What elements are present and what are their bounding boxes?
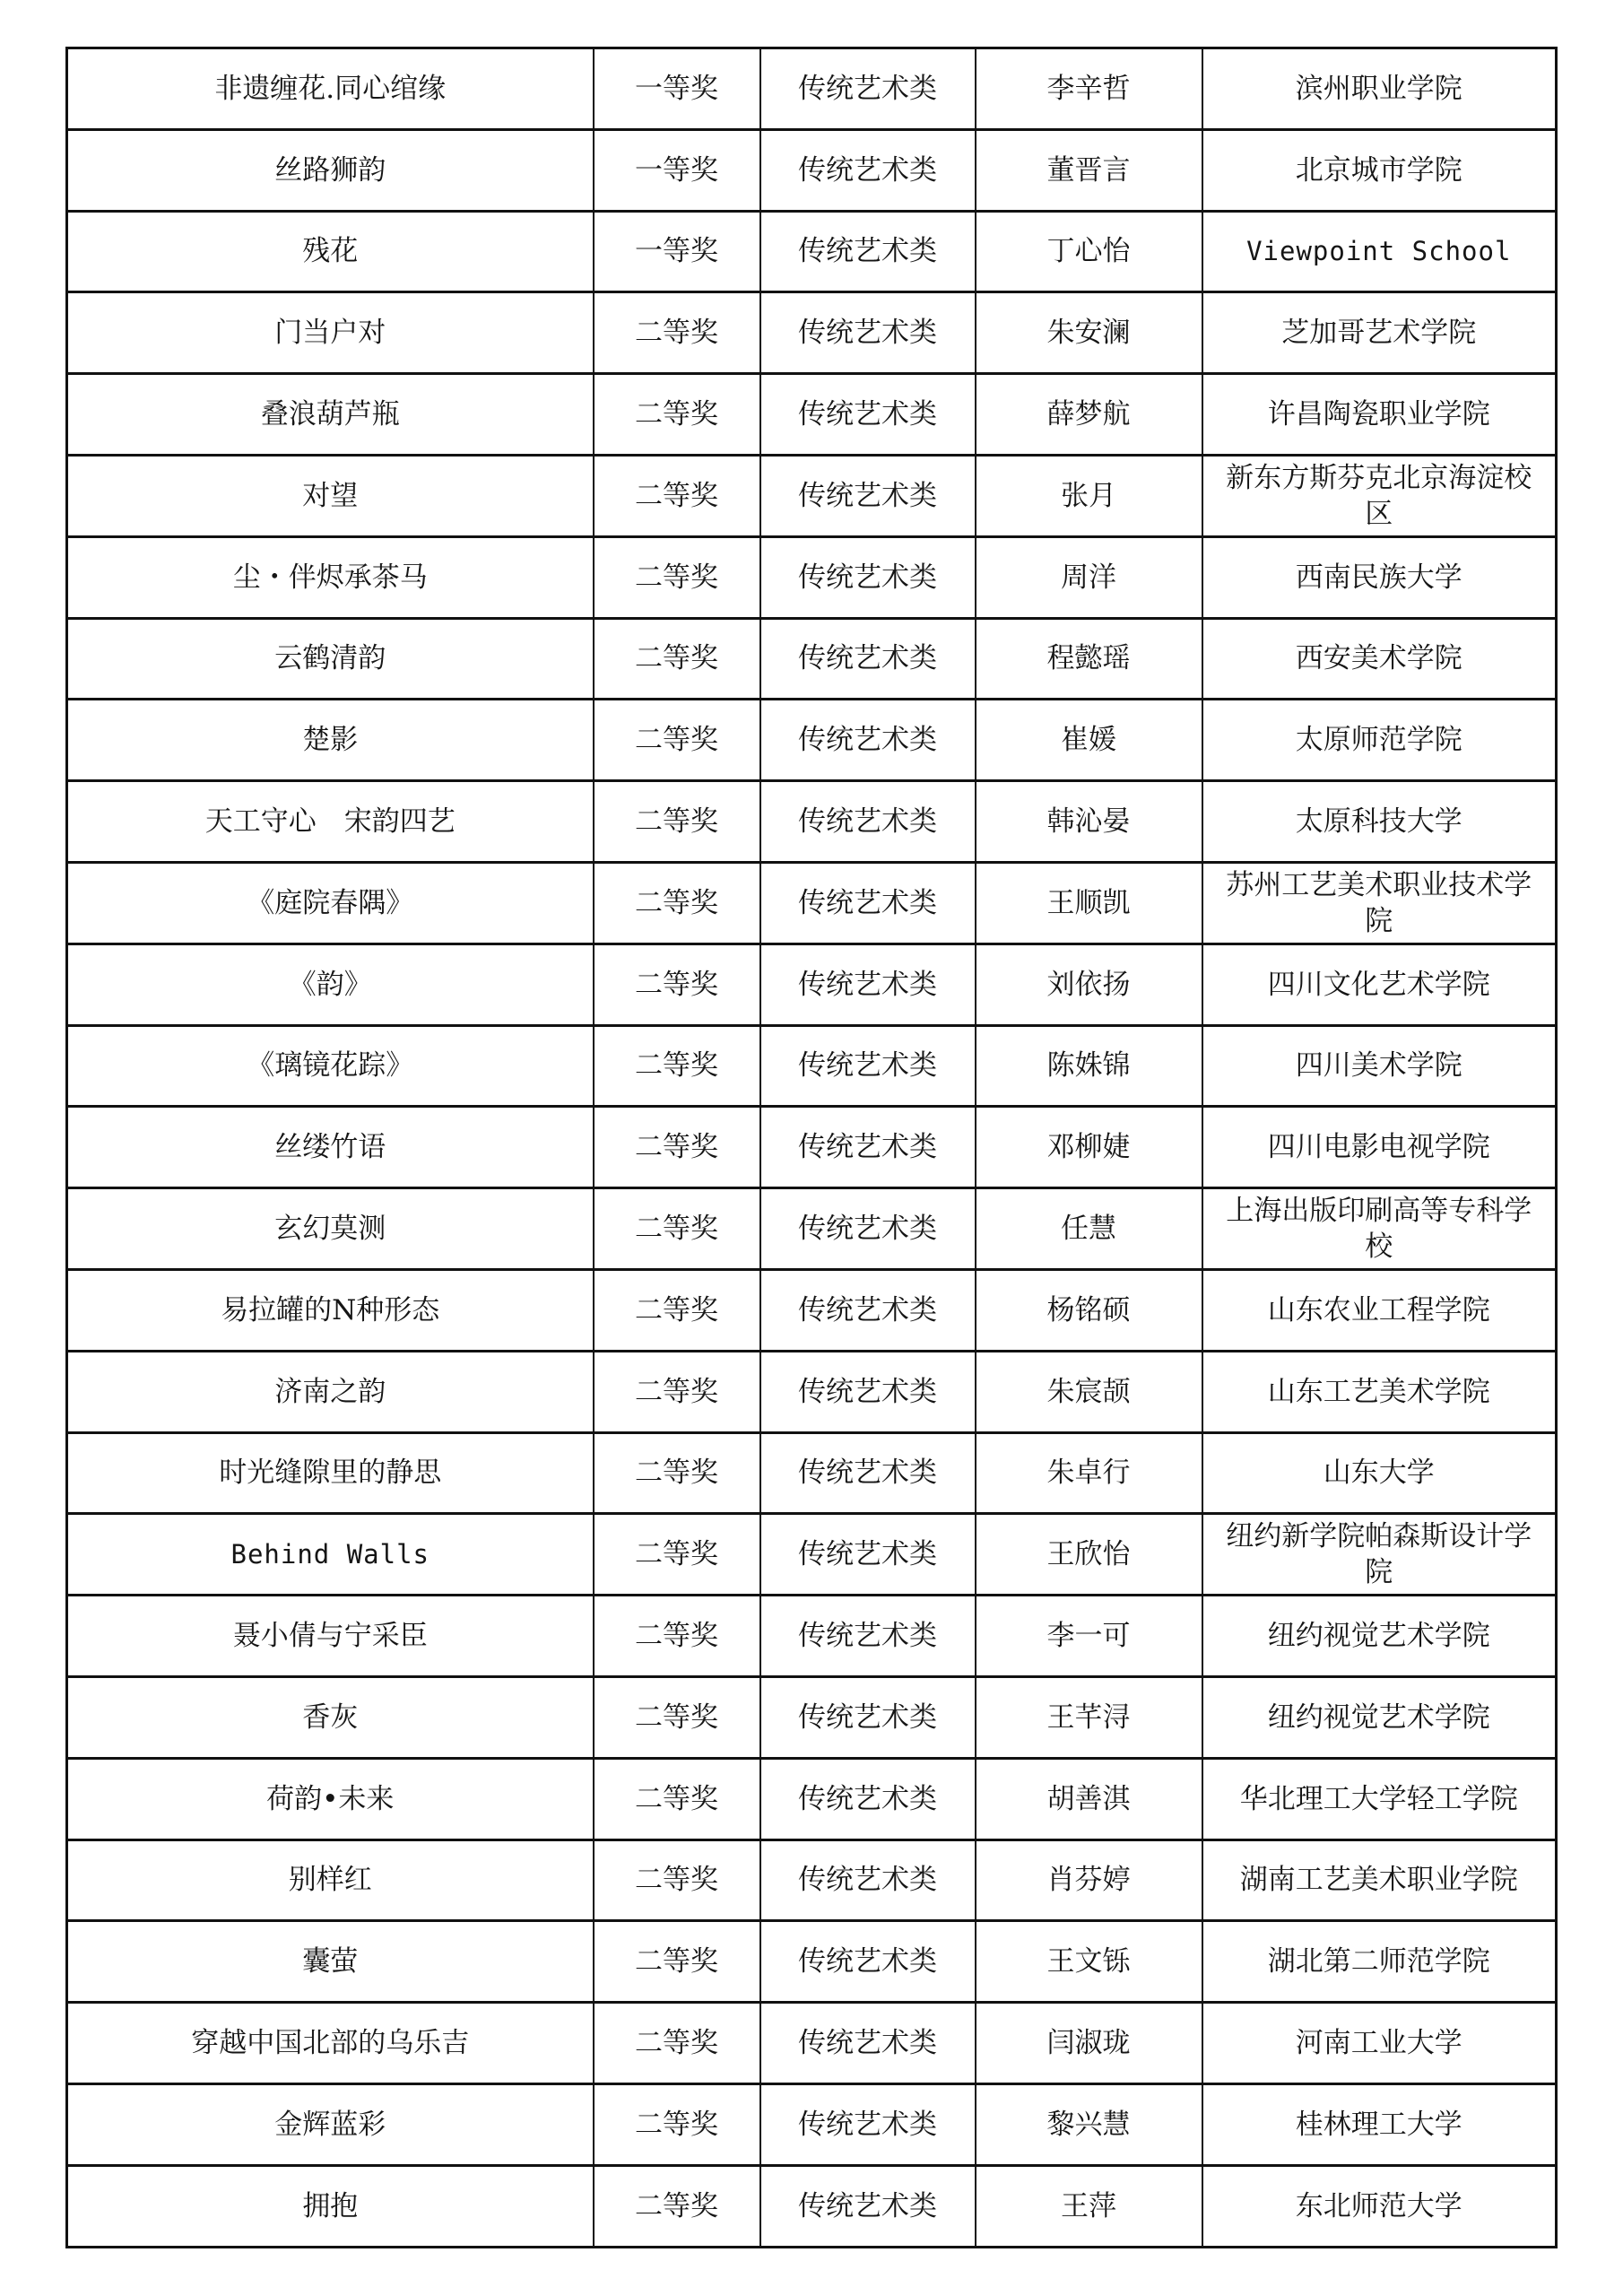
school-cell: 苏州工艺美术职业技术学院: [1202, 862, 1557, 944]
category-cell: 传统艺术类: [760, 1596, 976, 1677]
author-name-cell: 李一可: [976, 1596, 1202, 1677]
author-name-cell: 王欣怡: [976, 1514, 1202, 1596]
work-title-cell: 时光缝隙里的静思: [67, 1432, 594, 1514]
award-level-cell: 二等奖: [594, 1351, 760, 1432]
award-level-cell: 二等奖: [594, 944, 760, 1025]
award-level-cell: 二等奖: [594, 292, 760, 374]
table-row: 尘・伴烬承茶马二等奖传统艺术类周洋西南民族大学: [67, 536, 1557, 618]
category-cell: 传统艺术类: [760, 2165, 976, 2247]
award-level-cell: 二等奖: [594, 1107, 760, 1188]
table-row: 云鹤清韵二等奖传统艺术类程懿瑶西安美术学院: [67, 618, 1557, 700]
author-name-cell: 周洋: [976, 536, 1202, 618]
table-row: 穿越中国北部的乌乐吉二等奖传统艺术类闫淑珑河南工业大学: [67, 2003, 1557, 2084]
award-level-cell: 一等奖: [594, 211, 760, 292]
category-cell: 传统艺术类: [760, 618, 976, 700]
award-level-cell: 二等奖: [594, 2083, 760, 2165]
category-cell: 传统艺术类: [760, 1025, 976, 1107]
category-cell: 传统艺术类: [760, 1188, 976, 1270]
school-cell: 滨州职业学院: [1202, 48, 1557, 130]
category-cell: 传统艺术类: [760, 1676, 976, 1758]
work-title-cell: 云鹤清韵: [67, 618, 594, 700]
table-row: 天工守心 宋韵四艺二等奖传统艺术类韩沁晏太原科技大学: [67, 781, 1557, 863]
work-title-cell: 尘・伴烬承茶马: [67, 536, 594, 618]
award-level-cell: 二等奖: [594, 536, 760, 618]
author-name-cell: 王文铄: [976, 1921, 1202, 2003]
school-cell: 太原科技大学: [1202, 781, 1557, 863]
school-cell: 北京城市学院: [1202, 129, 1557, 211]
table-row: 金辉蓝彩二等奖传统艺术类黎兴慧桂林理工大学: [67, 2083, 1557, 2165]
award-level-cell: 二等奖: [594, 2003, 760, 2084]
author-name-cell: 邓柳婕: [976, 1107, 1202, 1188]
school-cell: 纽约视觉艺术学院: [1202, 1676, 1557, 1758]
award-level-cell: 二等奖: [594, 618, 760, 700]
school-cell: 山东工艺美术学院: [1202, 1351, 1557, 1432]
school-cell: 上海出版印刷高等专科学校: [1202, 1188, 1557, 1270]
award-level-cell: 二等奖: [594, 1514, 760, 1596]
work-title-cell: 对望: [67, 455, 594, 536]
work-title-cell: 叠浪葫芦瓶: [67, 374, 594, 456]
author-name-cell: 韩沁晏: [976, 781, 1202, 863]
work-title-cell: 门当户对: [67, 292, 594, 374]
work-title-cell: Behind Walls: [67, 1514, 594, 1596]
work-title-cell: 《璃镜花踪》: [67, 1025, 594, 1107]
award-level-cell: 二等奖: [594, 374, 760, 456]
work-title-cell: 《韵》: [67, 944, 594, 1025]
document-page: 非遗缠花.同心绾缘一等奖传统艺术类李辛哲滨州职业学院 丝路狮韵一等奖传统艺术类董…: [0, 0, 1623, 2296]
table-row: 济南之韵二等奖传统艺术类朱宸颉山东工艺美术学院: [67, 1351, 1557, 1432]
school-cell: 桂林理工大学: [1202, 2083, 1557, 2165]
award-level-cell: 二等奖: [594, 1676, 760, 1758]
work-title-cell: 济南之韵: [67, 1351, 594, 1432]
work-title-cell: 荷韵•未来: [67, 1758, 594, 1839]
work-title-cell: 玄幻莫测: [67, 1188, 594, 1270]
category-cell: 传统艺术类: [760, 48, 976, 130]
category-cell: 传统艺术类: [760, 211, 976, 292]
category-cell: 传统艺术类: [760, 944, 976, 1025]
award-level-cell: 二等奖: [594, 455, 760, 536]
award-level-cell: 二等奖: [594, 1025, 760, 1107]
table-row: 囊萤二等奖传统艺术类王文铄湖北第二师范学院: [67, 1921, 1557, 2003]
school-cell: 太原师范学院: [1202, 700, 1557, 781]
school-cell: 许昌陶瓷职业学院: [1202, 374, 1557, 456]
author-name-cell: 王萍: [976, 2165, 1202, 2247]
category-cell: 传统艺术类: [760, 455, 976, 536]
work-title-cell: 别样红: [67, 1839, 594, 1921]
award-level-cell: 二等奖: [594, 700, 760, 781]
school-cell: 东北师范大学: [1202, 2165, 1557, 2247]
table-row: 《庭院春隅》二等奖传统艺术类王顺凯苏州工艺美术职业技术学院: [67, 862, 1557, 944]
author-name-cell: 闫淑珑: [976, 2003, 1202, 2084]
table-row: 荷韵•未来二等奖传统艺术类胡善淇华北理工大学轻工学院: [67, 1758, 1557, 1839]
table-row: 门当户对二等奖传统艺术类朱安澜芝加哥艺术学院: [67, 292, 1557, 374]
work-title-cell: 残花: [67, 211, 594, 292]
table-row: Behind Walls二等奖传统艺术类王欣怡纽约新学院帕森斯设计学院: [67, 1514, 1557, 1596]
school-cell: 山东农业工程学院: [1202, 1269, 1557, 1351]
category-cell: 传统艺术类: [760, 1839, 976, 1921]
work-title-cell: 天工守心 宋韵四艺: [67, 781, 594, 863]
author-name-cell: 王顺凯: [976, 862, 1202, 944]
work-title-cell: 金辉蓝彩: [67, 2083, 594, 2165]
category-cell: 传统艺术类: [760, 700, 976, 781]
school-cell: 华北理工大学轻工学院: [1202, 1758, 1557, 1839]
author-name-cell: 张月: [976, 455, 1202, 536]
work-title-cell: 香灰: [67, 1676, 594, 1758]
category-cell: 传统艺术类: [760, 536, 976, 618]
school-cell: 芝加哥艺术学院: [1202, 292, 1557, 374]
school-cell: 河南工业大学: [1202, 2003, 1557, 2084]
table-row: 易拉罐的N种形态二等奖传统艺术类杨铭硕山东农业工程学院: [67, 1269, 1557, 1351]
category-cell: 传统艺术类: [760, 1758, 976, 1839]
awards-table: 非遗缠花.同心绾缘一等奖传统艺术类李辛哲滨州职业学院 丝路狮韵一等奖传统艺术类董…: [65, 47, 1558, 2248]
category-cell: 传统艺术类: [760, 2003, 976, 2084]
table-row: 非遗缠花.同心绾缘一等奖传统艺术类李辛哲滨州职业学院: [67, 48, 1557, 130]
author-name-cell: 朱宸颉: [976, 1351, 1202, 1432]
award-level-cell: 二等奖: [594, 1839, 760, 1921]
award-level-cell: 二等奖: [594, 1758, 760, 1839]
award-level-cell: 二等奖: [594, 862, 760, 944]
table-row: 对望二等奖传统艺术类张月新东方斯芬克北京海淀校区: [67, 455, 1557, 536]
work-title-cell: 丝缕竹语: [67, 1107, 594, 1188]
school-cell: 西南民族大学: [1202, 536, 1557, 618]
school-cell: 新东方斯芬克北京海淀校区: [1202, 455, 1557, 536]
author-name-cell: 丁心怡: [976, 211, 1202, 292]
category-cell: 传统艺术类: [760, 781, 976, 863]
work-title-cell: 拥抱: [67, 2165, 594, 2247]
table-row: 香灰二等奖传统艺术类王芊浔纽约视觉艺术学院: [67, 1676, 1557, 1758]
table-row: 时光缝隙里的静思二等奖传统艺术类朱卓行山东大学: [67, 1432, 1557, 1514]
table-row: 玄幻莫测二等奖传统艺术类任慧上海出版印刷高等专科学校: [67, 1188, 1557, 1270]
table-row: 丝缕竹语二等奖传统艺术类邓柳婕四川电影电视学院: [67, 1107, 1557, 1188]
category-cell: 传统艺术类: [760, 1351, 976, 1432]
work-title-cell: 丝路狮韵: [67, 129, 594, 211]
award-level-cell: 二等奖: [594, 1269, 760, 1351]
work-title-cell: 楚影: [67, 700, 594, 781]
school-cell: Viewpoint School: [1202, 211, 1557, 292]
school-cell: 湖南工艺美术职业学院: [1202, 1839, 1557, 1921]
school-cell: 山东大学: [1202, 1432, 1557, 1514]
author-name-cell: 王芊浔: [976, 1676, 1202, 1758]
table-row: 楚影二等奖传统艺术类崔媛太原师范学院: [67, 700, 1557, 781]
category-cell: 传统艺术类: [760, 374, 976, 456]
school-cell: 纽约新学院帕森斯设计学院: [1202, 1514, 1557, 1596]
author-name-cell: 陈姝锦: [976, 1025, 1202, 1107]
award-level-cell: 二等奖: [594, 1596, 760, 1677]
work-title-cell: 《庭院春隅》: [67, 862, 594, 944]
award-level-cell: 一等奖: [594, 48, 760, 130]
category-cell: 传统艺术类: [760, 1107, 976, 1188]
school-cell: 西安美术学院: [1202, 618, 1557, 700]
table-row: 叠浪葫芦瓶二等奖传统艺术类薛梦航许昌陶瓷职业学院: [67, 374, 1557, 456]
school-cell: 纽约视觉艺术学院: [1202, 1596, 1557, 1677]
author-name-cell: 肖芬婷: [976, 1839, 1202, 1921]
category-cell: 传统艺术类: [760, 292, 976, 374]
category-cell: 传统艺术类: [760, 2083, 976, 2165]
work-title-cell: 穿越中国北部的乌乐吉: [67, 2003, 594, 2084]
school-cell: 湖北第二师范学院: [1202, 1921, 1557, 2003]
author-name-cell: 黎兴慧: [976, 2083, 1202, 2165]
award-level-cell: 二等奖: [594, 1188, 760, 1270]
author-name-cell: 朱安澜: [976, 292, 1202, 374]
author-name-cell: 李辛哲: [976, 48, 1202, 130]
author-name-cell: 刘依扬: [976, 944, 1202, 1025]
award-level-cell: 一等奖: [594, 129, 760, 211]
category-cell: 传统艺术类: [760, 129, 976, 211]
table-row: 残花一等奖传统艺术类丁心怡Viewpoint School: [67, 211, 1557, 292]
author-name-cell: 薛梦航: [976, 374, 1202, 456]
table-row: 聂小倩与宁采臣二等奖传统艺术类李一可纽约视觉艺术学院: [67, 1596, 1557, 1677]
school-cell: 四川文化艺术学院: [1202, 944, 1557, 1025]
work-title-cell: 聂小倩与宁采臣: [67, 1596, 594, 1677]
award-level-cell: 二等奖: [594, 2165, 760, 2247]
table-row: 《韵》二等奖传统艺术类刘依扬四川文化艺术学院: [67, 944, 1557, 1025]
awards-table-body: 非遗缠花.同心绾缘一等奖传统艺术类李辛哲滨州职业学院 丝路狮韵一等奖传统艺术类董…: [67, 48, 1557, 2248]
category-cell: 传统艺术类: [760, 1921, 976, 2003]
school-cell: 四川电影电视学院: [1202, 1107, 1557, 1188]
author-name-cell: 董晋言: [976, 129, 1202, 211]
author-name-cell: 杨铭硕: [976, 1269, 1202, 1351]
category-cell: 传统艺术类: [760, 862, 976, 944]
author-name-cell: 朱卓行: [976, 1432, 1202, 1514]
work-title-cell: 非遗缠花.同心绾缘: [67, 48, 594, 130]
award-level-cell: 二等奖: [594, 1432, 760, 1514]
award-level-cell: 二等奖: [594, 781, 760, 863]
work-title-cell: 易拉罐的N种形态: [67, 1269, 594, 1351]
table-row: 别样红二等奖传统艺术类肖芬婷湖南工艺美术职业学院: [67, 1839, 1557, 1921]
work-title-cell: 囊萤: [67, 1921, 594, 2003]
table-row: 拥抱二等奖传统艺术类王萍东北师范大学: [67, 2165, 1557, 2247]
table-row: 丝路狮韵一等奖传统艺术类董晋言北京城市学院: [67, 129, 1557, 211]
category-cell: 传统艺术类: [760, 1514, 976, 1596]
school-cell: 四川美术学院: [1202, 1025, 1557, 1107]
category-cell: 传统艺术类: [760, 1269, 976, 1351]
category-cell: 传统艺术类: [760, 1432, 976, 1514]
author-name-cell: 崔媛: [976, 700, 1202, 781]
author-name-cell: 任慧: [976, 1188, 1202, 1270]
table-row: 《璃镜花踪》二等奖传统艺术类陈姝锦四川美术学院: [67, 1025, 1557, 1107]
author-name-cell: 程懿瑶: [976, 618, 1202, 700]
award-level-cell: 二等奖: [594, 1921, 760, 2003]
author-name-cell: 胡善淇: [976, 1758, 1202, 1839]
